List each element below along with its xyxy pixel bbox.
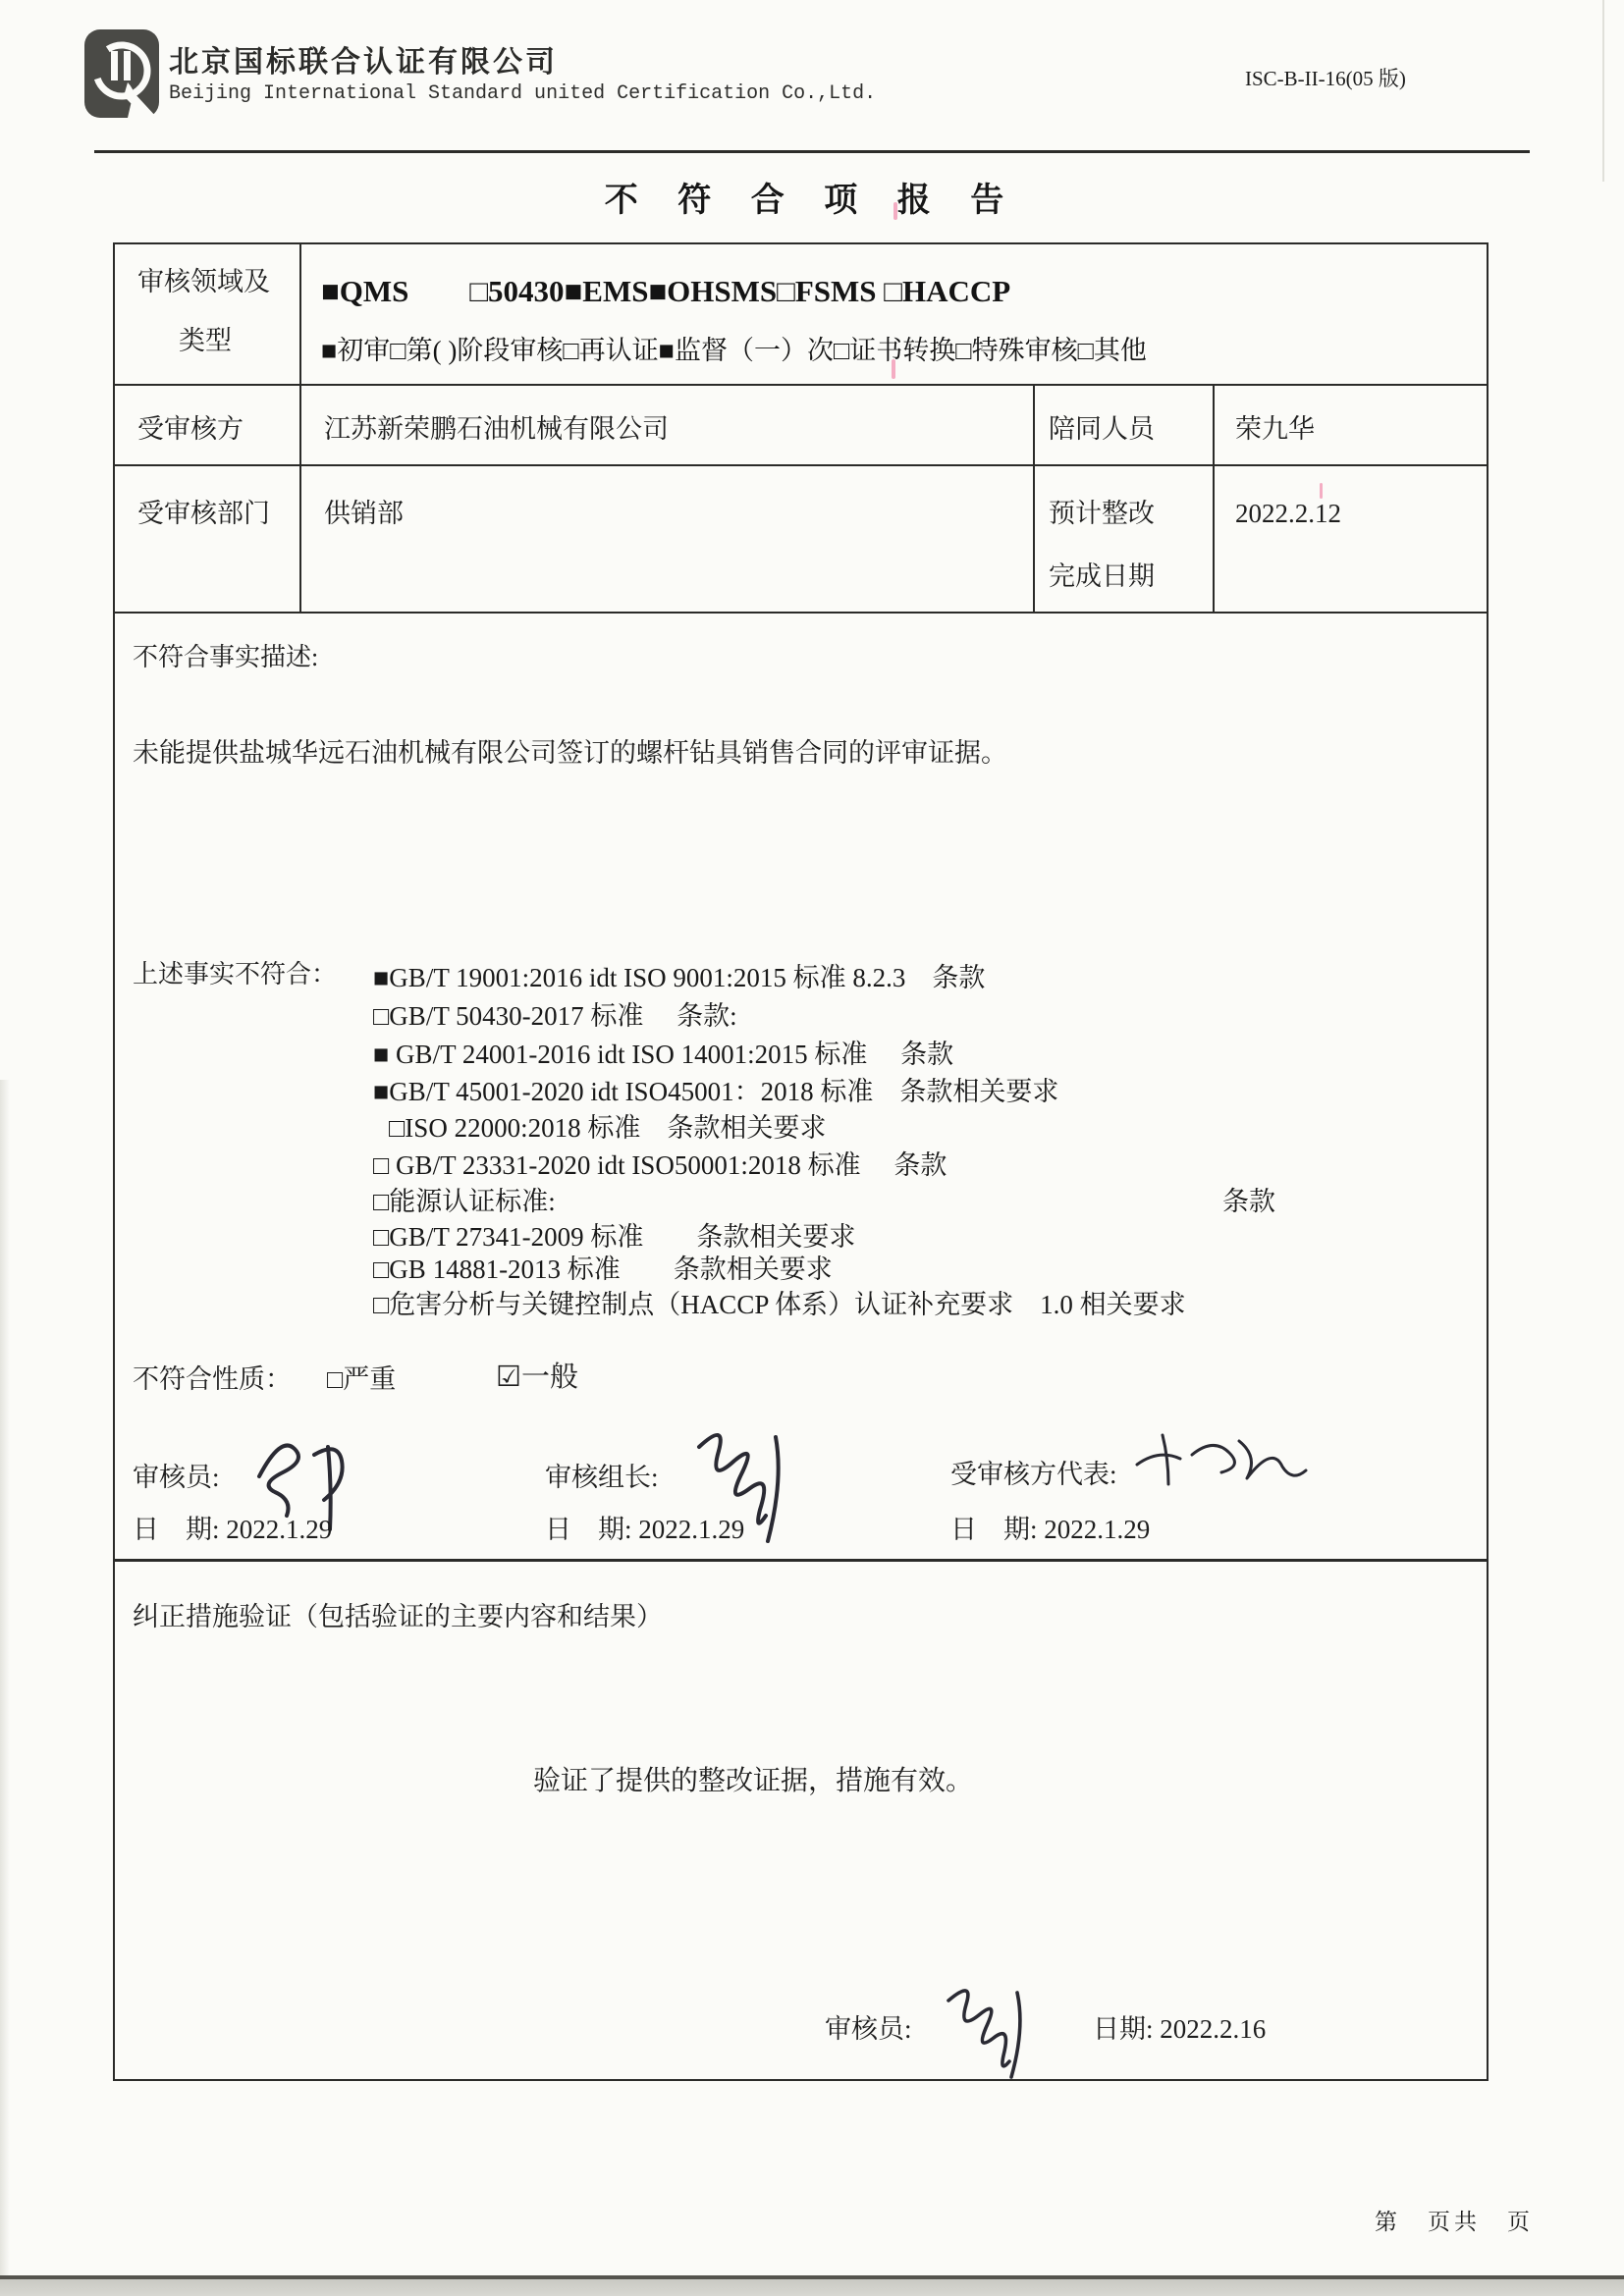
verification-auditor-signature bbox=[931, 1971, 1049, 2089]
table-column-divider bbox=[299, 242, 301, 612]
table-row-divider bbox=[113, 464, 1487, 466]
standard-text: □ISO 22000:2018 标准 条款相关要求 bbox=[389, 1113, 826, 1143]
scanned-report-page: 北京国标联合认证有限公司 Beijing International Stand… bbox=[0, 0, 1624, 2296]
header-divider bbox=[94, 150, 1530, 153]
standard-text: □GB 14881-2013 标准 条款相关要求 bbox=[373, 1255, 833, 1284]
date-label: 日期: bbox=[1093, 2014, 1160, 2044]
standard-line-haccp: □危害分析与关键控制点（HACCP 体系）认证补充要求 1.0 相关要求 bbox=[373, 1286, 1186, 1323]
verification-date-line: 日期: 2022.2.16 bbox=[1093, 2014, 1266, 2044]
page-title: 不 符 合 项 报 告 bbox=[0, 173, 1624, 221]
auditor-date: 2022.1.29 bbox=[226, 1515, 332, 1544]
standard-text: ■GB/T 19001:2016 idt ISO 9001:2015 标准 8.… bbox=[373, 963, 985, 992]
rep-date: 2022.1.29 bbox=[1044, 1515, 1150, 1544]
verification-auditor-label: 审核员: bbox=[825, 2014, 912, 2044]
audit-type-checkline: ■初审□第( )阶段审核□再认证■监督（一）次□证书转换□特殊审核□其他 bbox=[321, 336, 1147, 365]
standard-line-gbt23331: □ GB/T 23331-2020 idt ISO50001:2018 标准 条… bbox=[373, 1147, 947, 1184]
standard-text: ■ GB/T 24001-2016 idt ISO 14001:2015 标准 … bbox=[373, 1040, 953, 1069]
table-row-divider bbox=[113, 612, 1487, 614]
certification-logo bbox=[82, 27, 161, 120]
standard-text: □ GB/T 23331-2020 idt ISO50001:2018 标准 条… bbox=[373, 1150, 947, 1180]
escort-value: 荣九华 bbox=[1235, 414, 1315, 444]
standard-line-iso22000: □ISO 22000:2018 标准 条款相关要求 bbox=[389, 1109, 826, 1147]
verification-conclusion: 验证了提供的整改证据，措施有效。 bbox=[533, 1767, 973, 1796]
verification-title: 纠正措施验证（包括验证的主要内容和结果） bbox=[133, 1602, 663, 1631]
scope-systems-checkline: ■QMS □50430■EMS■OHSMS□FSMS □HACCP bbox=[321, 275, 1010, 308]
auditor-date-line: 日 期: 2022.1.29 bbox=[133, 1515, 332, 1544]
standard-clause-right: 条款 bbox=[1222, 1183, 1275, 1220]
nature-label: 不符合性质： bbox=[133, 1364, 292, 1394]
standard-line-gb14881: □GB 14881-2013 标准 条款相关要求 bbox=[373, 1251, 833, 1288]
standard-line-gbt45001: ■GB/T 45001-2020 idt ISO45001：2018 标准 条款… bbox=[373, 1073, 1058, 1110]
standard-line-gbt50430: □GB/T 50430-2017 标准 条款: bbox=[373, 997, 737, 1035]
auditee-value: 江苏新荣鹏石油机械有限公司 bbox=[324, 414, 669, 444]
description-text: 未能提供盐城华远石油机械有限公司签订的螺杆钻具销售合同的评审证据。 bbox=[133, 738, 1007, 768]
deadline-value: 2022.2.12 bbox=[1235, 499, 1341, 528]
standard-line-energy: □能源认证标准:条款 bbox=[373, 1183, 1473, 1220]
leader-date: 2022.1.29 bbox=[638, 1515, 744, 1544]
auditor-label: 审核员: bbox=[133, 1463, 220, 1492]
logo-icon bbox=[82, 27, 161, 120]
date-label: 日 期: bbox=[950, 1515, 1044, 1544]
department-label: 受审核部门 bbox=[137, 499, 270, 528]
standard-text: □GB/T 50430-2017 标准 条款: bbox=[373, 1001, 737, 1031]
rep-label: 受审核方代表: bbox=[950, 1460, 1117, 1489]
scope-label-line2: 类型 bbox=[179, 326, 232, 355]
company-name-en: Beijing International Standard united Ce… bbox=[169, 82, 876, 105]
deadline-label-line1: 预计整改 bbox=[1049, 499, 1155, 528]
scan-artifact bbox=[1320, 483, 1323, 499]
date-label: 日 期: bbox=[133, 1515, 226, 1544]
deadline-label-line2: 完成日期 bbox=[1049, 561, 1155, 591]
nature-general-checkbox: ☑一般 bbox=[496, 1362, 578, 1392]
standard-text: □GB/T 27341-2009 标准 条款相关要求 bbox=[373, 1222, 855, 1252]
scan-fold-shadow bbox=[1602, 0, 1604, 182]
standard-line-gbt24001: ■ GB/T 24001-2016 idt ISO 14001:2015 标准 … bbox=[373, 1036, 953, 1073]
description-label: 不符合事实描述: bbox=[133, 643, 318, 672]
department-value: 供销部 bbox=[324, 499, 404, 528]
escort-label: 陪同人员 bbox=[1049, 414, 1155, 444]
auditee-label: 受审核方 bbox=[137, 414, 244, 444]
leader-date-line: 日 期: 2022.1.29 bbox=[545, 1515, 744, 1544]
table-column-divider bbox=[1213, 384, 1215, 612]
date-label: 日 期: bbox=[545, 1515, 638, 1544]
standard-text: ■GB/T 45001-2020 idt ISO45001：2018 标准 条款… bbox=[373, 1077, 1058, 1106]
scan-artifact bbox=[892, 359, 895, 379]
standard-text: □危害分析与关键控制点（HACCP 体系）认证补充要求 1.0 相关要求 bbox=[373, 1290, 1186, 1319]
form-code: ISC-B-II-16(05 版) bbox=[1245, 63, 1406, 92]
standard-line-gbt19001: ■GB/T 19001:2016 idt ISO 9001:2015 标准 8.… bbox=[373, 959, 985, 996]
scope-label-line1: 审核领域及 bbox=[137, 267, 270, 296]
table-row-divider bbox=[113, 1559, 1487, 1562]
nature-serious-checkbox: □严重 bbox=[327, 1364, 396, 1394]
table-column-divider bbox=[1033, 384, 1035, 612]
scan-edge-shadow-left bbox=[0, 1080, 10, 2296]
standard-text: □能源认证标准: bbox=[373, 1187, 556, 1216]
leader-label: 审核组长: bbox=[545, 1463, 659, 1492]
scan-bed-area bbox=[0, 2279, 1624, 2296]
verification-date: 2022.2.16 bbox=[1160, 2014, 1266, 2044]
rep-signature bbox=[1129, 1414, 1316, 1502]
page-number-note: 第 页共 页 bbox=[1375, 2204, 1534, 2236]
scan-artifact bbox=[893, 202, 897, 220]
company-name-cn: 北京国标联合认证有限公司 bbox=[169, 37, 558, 80]
standards-label: 上述事实不符合： bbox=[133, 960, 337, 989]
table-row-divider bbox=[113, 384, 1487, 386]
rep-date-line: 日 期: 2022.1.29 bbox=[950, 1515, 1150, 1544]
